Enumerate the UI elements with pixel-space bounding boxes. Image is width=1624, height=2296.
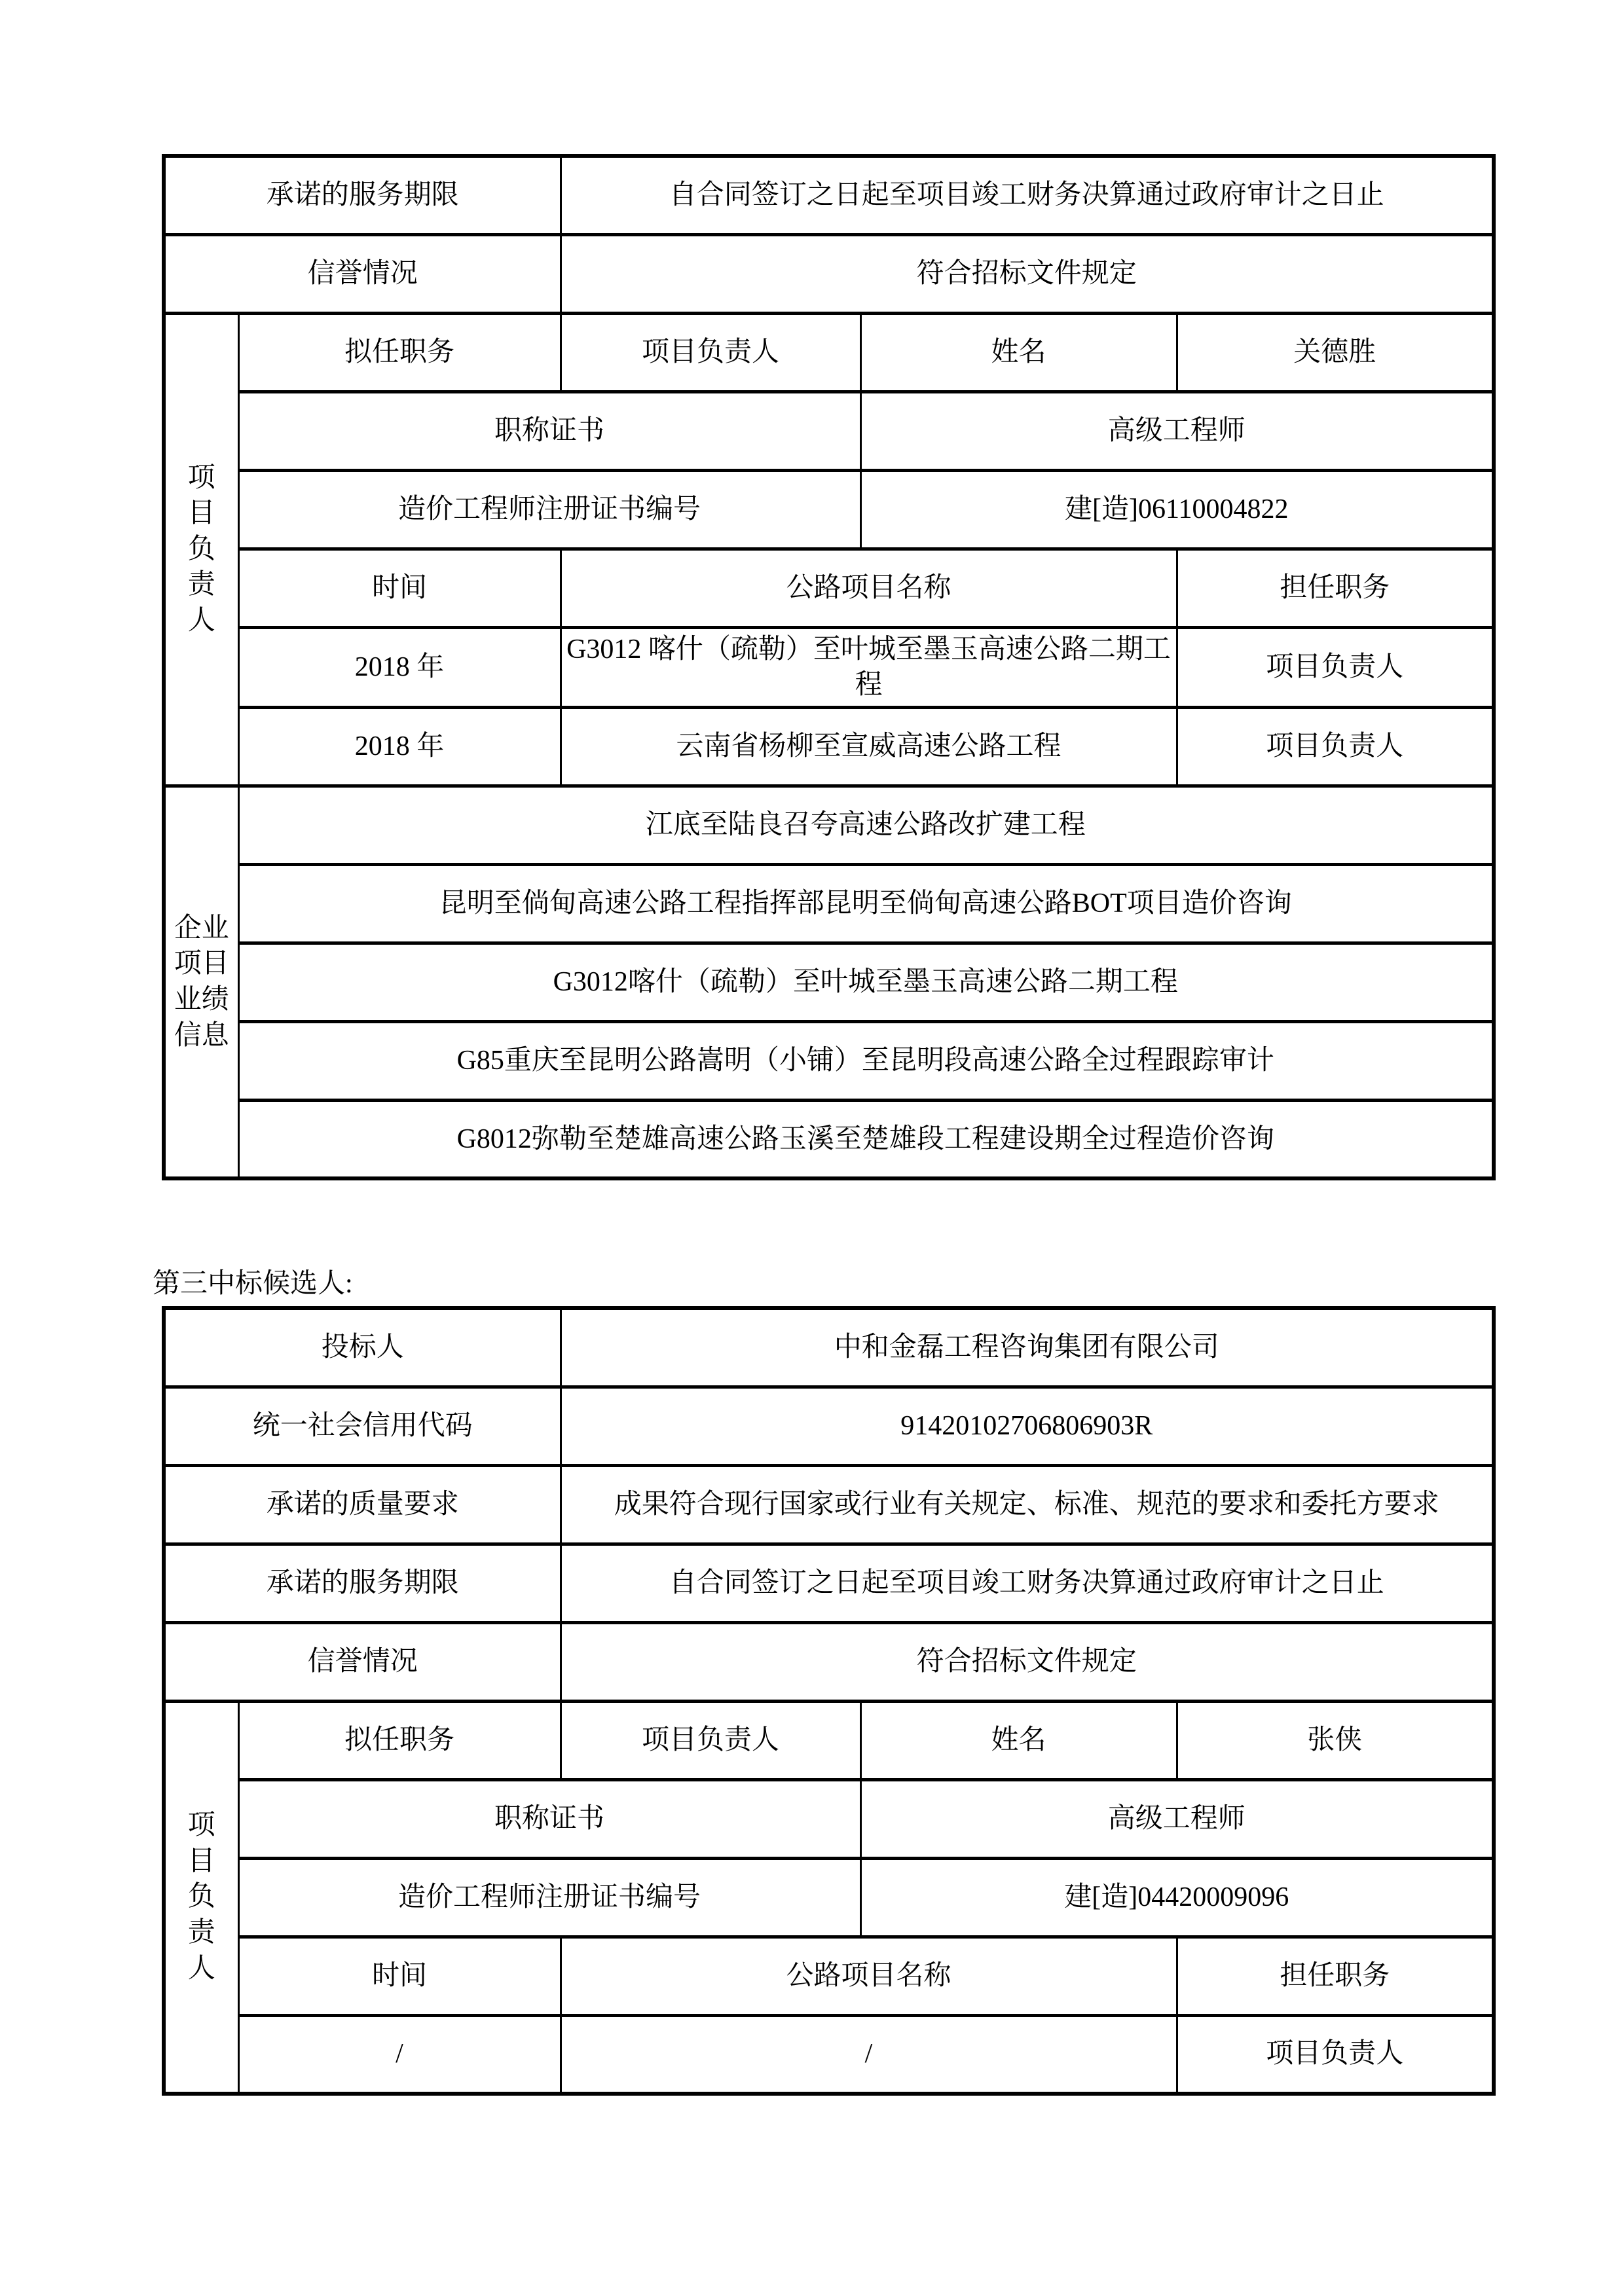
service-period-label: 承诺的服务期限 bbox=[164, 1544, 561, 1622]
name-label: 姓名 bbox=[860, 1701, 1177, 1779]
table-row: 时间 公路项目名称 担任职务 bbox=[164, 1937, 1494, 2015]
history-header-project: 公路项目名称 bbox=[561, 1937, 1177, 2015]
bidder-label: 投标人 bbox=[164, 1308, 561, 1387]
history-header-time: 时间 bbox=[238, 549, 561, 627]
history-time: / bbox=[238, 2015, 561, 2094]
performance-item: 昆明至倘甸高速公路工程指挥部昆明至倘甸高速公路BOT项目造价咨询 bbox=[238, 864, 1494, 943]
table-row: G85重庆至昆明公路嵩明（小铺）至昆明段高速公路全过程跟踪审计 bbox=[164, 1021, 1494, 1100]
document-page: 承诺的服务期限 自合同签订之日起至项目竣工财务决算通过政府审计之日止 信誉情况 … bbox=[0, 0, 1624, 2296]
history-time: 2018 年 bbox=[238, 627, 561, 707]
table-row: 造价工程师注册证书编号 建[造]04420009096 bbox=[164, 1858, 1494, 1937]
table-row: 统一社会信用代码 91420102706806903R bbox=[164, 1387, 1494, 1465]
title-cert-label: 职称证书 bbox=[238, 1779, 860, 1858]
history-header-role: 担任职务 bbox=[1177, 549, 1494, 627]
performance-item: G3012喀什（疏勒）至叶城至墨玉高速公路二期工程 bbox=[238, 943, 1494, 1021]
table-row: G8012弥勒至楚雄高速公路玉溪至楚雄段工程建设期全过程造价咨询 bbox=[164, 1100, 1494, 1178]
history-role: 项目负责人 bbox=[1177, 2015, 1494, 2094]
proposed-position-label: 拟任职务 bbox=[238, 313, 561, 392]
uscc-value: 91420102706806903R bbox=[561, 1387, 1494, 1465]
enterprise-performance-spine-label: 企业 项目 业绩 信息 bbox=[164, 786, 238, 1178]
table-row: G3012喀什（疏勒）至叶城至墨玉高速公路二期工程 bbox=[164, 943, 1494, 1021]
cost-engineer-cert-value: 建[造]04420009096 bbox=[860, 1858, 1494, 1937]
history-role: 项目负责人 bbox=[1177, 707, 1494, 786]
table-row: 职称证书 高级工程师 bbox=[164, 1779, 1494, 1858]
table-row: 昆明至倘甸高速公路工程指挥部昆明至倘甸高速公路BOT项目造价咨询 bbox=[164, 864, 1494, 943]
table-row: 造价工程师注册证书编号 建[造]06110004822 bbox=[164, 470, 1494, 549]
proposed-position-label: 拟任职务 bbox=[238, 1701, 561, 1779]
third-candidate-table: 投标人 中和金磊工程咨询集团有限公司 统一社会信用代码 914201027068… bbox=[162, 1306, 1496, 2096]
name-label: 姓名 bbox=[860, 313, 1177, 392]
table-row: / / 项目负责人 bbox=[164, 2015, 1494, 2094]
performance-item: 江底至陆良召夸高速公路改扩建工程 bbox=[238, 786, 1494, 864]
title-cert-value: 高级工程师 bbox=[860, 392, 1494, 470]
credit-status-label: 信誉情况 bbox=[164, 1622, 561, 1701]
credit-status-value: 符合招标文件规定 bbox=[561, 234, 1494, 313]
bidder-value: 中和金磊工程咨询集团有限公司 bbox=[561, 1308, 1494, 1387]
table-row: 信誉情况 符合招标文件规定 bbox=[164, 234, 1494, 313]
history-project: 云南省杨柳至宣威高速公路工程 bbox=[561, 707, 1177, 786]
cost-engineer-cert-label: 造价工程师注册证书编号 bbox=[238, 470, 860, 549]
table-row: 2018 年 云南省杨柳至宣威高速公路工程 项目负责人 bbox=[164, 707, 1494, 786]
history-header-role: 担任职务 bbox=[1177, 1937, 1494, 2015]
history-header-project: 公路项目名称 bbox=[561, 549, 1177, 627]
project-manager-spine-label: 项 目 负 责 人 bbox=[164, 1701, 238, 2094]
history-header-time: 时间 bbox=[238, 1937, 561, 2015]
history-role: 项目负责人 bbox=[1177, 627, 1494, 707]
table-row: 项 目 负 责 人 拟任职务 项目负责人 姓名 张侠 bbox=[164, 1701, 1494, 1779]
service-period-label: 承诺的服务期限 bbox=[164, 156, 561, 234]
credit-status-value: 符合招标文件规定 bbox=[561, 1622, 1494, 1701]
table-row: 职称证书 高级工程师 bbox=[164, 392, 1494, 470]
table-row: 信誉情况 符合招标文件规定 bbox=[164, 1622, 1494, 1701]
name-value: 张侠 bbox=[1177, 1701, 1494, 1779]
uscc-label: 统一社会信用代码 bbox=[164, 1387, 561, 1465]
table-row: 时间 公路项目名称 担任职务 bbox=[164, 549, 1494, 627]
credit-status-label: 信誉情况 bbox=[164, 234, 561, 313]
name-value: 关德胜 bbox=[1177, 313, 1494, 392]
table-row: 投标人 中和金磊工程咨询集团有限公司 bbox=[164, 1308, 1494, 1387]
title-cert-label: 职称证书 bbox=[238, 392, 860, 470]
table-row: 承诺的服务期限 自合同签订之日起至项目竣工财务决算通过政府审计之日止 bbox=[164, 1544, 1494, 1622]
table-row: 承诺的质量要求 成果符合现行国家或行业有关规定、标准、规范的要求和委托方要求 bbox=[164, 1465, 1494, 1544]
quality-requirement-label: 承诺的质量要求 bbox=[164, 1465, 561, 1544]
cost-engineer-cert-value: 建[造]06110004822 bbox=[860, 470, 1494, 549]
history-project: G3012 喀什（疏勒）至叶城至墨玉高速公路二期工程 bbox=[561, 627, 1177, 707]
upper-candidate-table: 承诺的服务期限 自合同签订之日起至项目竣工财务决算通过政府审计之日止 信誉情况 … bbox=[162, 154, 1496, 1180]
table-row: 2018 年 G3012 喀什（疏勒）至叶城至墨玉高速公路二期工程 项目负责人 bbox=[164, 627, 1494, 707]
project-manager-spine-label: 项 目 负 责 人 bbox=[164, 313, 238, 786]
third-candidate-heading: 第三中标候选人: bbox=[153, 1267, 353, 1300]
proposed-position-value: 项目负责人 bbox=[561, 1701, 860, 1779]
performance-item: G85重庆至昆明公路嵩明（小铺）至昆明段高速公路全过程跟踪审计 bbox=[238, 1021, 1494, 1100]
quality-requirement-value: 成果符合现行国家或行业有关规定、标准、规范的要求和委托方要求 bbox=[561, 1465, 1494, 1544]
title-cert-value: 高级工程师 bbox=[860, 1779, 1494, 1858]
table-row: 项 目 负 责 人 拟任职务 项目负责人 姓名 关德胜 bbox=[164, 313, 1494, 392]
cost-engineer-cert-label: 造价工程师注册证书编号 bbox=[238, 1858, 860, 1937]
service-period-value: 自合同签订之日起至项目竣工财务决算通过政府审计之日止 bbox=[561, 156, 1494, 234]
history-project: / bbox=[561, 2015, 1177, 2094]
table-row: 承诺的服务期限 自合同签订之日起至项目竣工财务决算通过政府审计之日止 bbox=[164, 156, 1494, 234]
table-row: 企业 项目 业绩 信息 江底至陆良召夸高速公路改扩建工程 bbox=[164, 786, 1494, 864]
history-time: 2018 年 bbox=[238, 707, 561, 786]
performance-item: G8012弥勒至楚雄高速公路玉溪至楚雄段工程建设期全过程造价咨询 bbox=[238, 1100, 1494, 1178]
proposed-position-value: 项目负责人 bbox=[561, 313, 860, 392]
service-period-value: 自合同签订之日起至项目竣工财务决算通过政府审计之日止 bbox=[561, 1544, 1494, 1622]
